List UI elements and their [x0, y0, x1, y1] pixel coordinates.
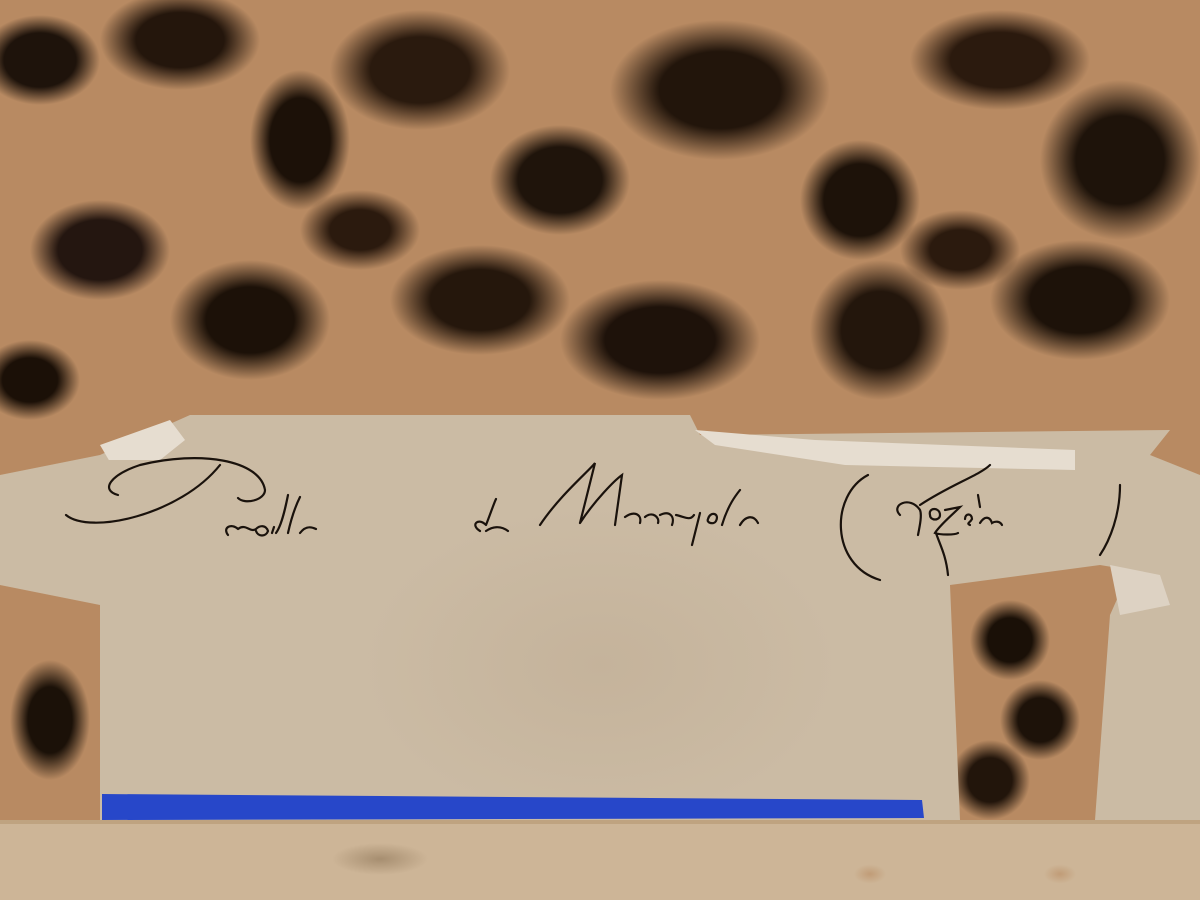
handwritten-inscription [60, 455, 1140, 595]
bottom-board-edge [0, 820, 1200, 900]
